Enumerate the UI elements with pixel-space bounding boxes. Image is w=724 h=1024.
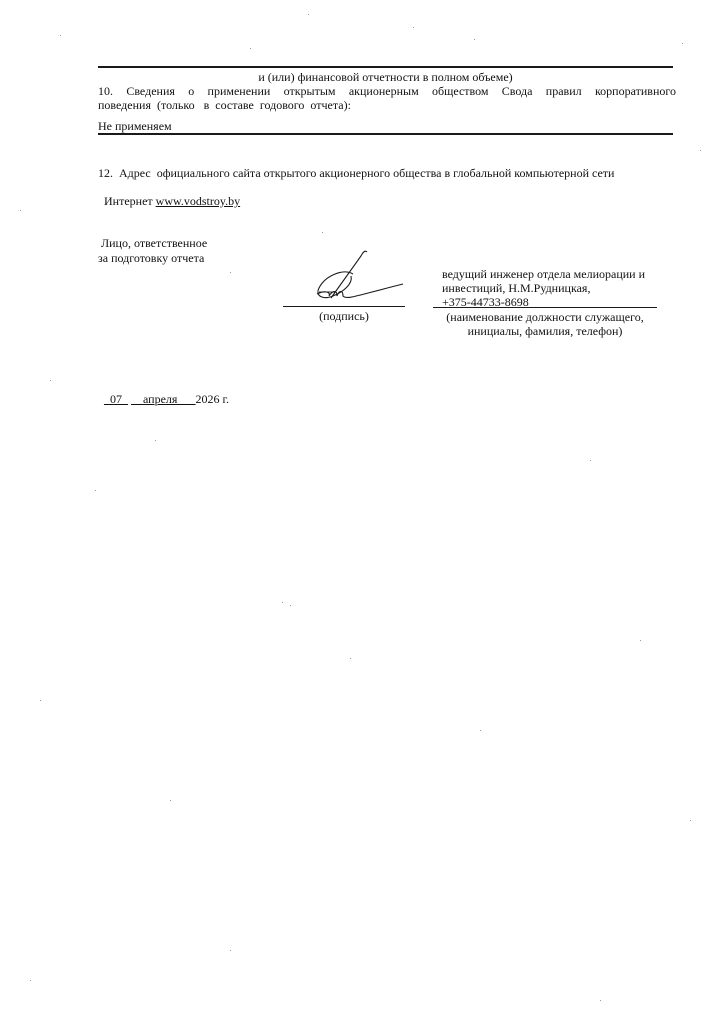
date-gap: [131, 392, 143, 406]
scan-speck: [690, 820, 691, 821]
scan-speck: [282, 602, 283, 603]
scan-speck: [30, 980, 31, 981]
position-line1: ведущий инженер отдела мелиорации и: [442, 267, 645, 281]
signature-scribble: [295, 248, 415, 304]
item10-line2: поведения (только в составе годового отч…: [98, 98, 351, 112]
item10-answer: Не применяем: [98, 119, 172, 133]
item10-line1: 10. Сведения о применении открытым акцио…: [98, 84, 676, 98]
item12-prefix: Интернет: [104, 194, 156, 208]
position-rule: [433, 307, 657, 308]
scan-speck: [480, 730, 481, 731]
scan-speck: [350, 658, 351, 659]
scan-speck: [155, 440, 156, 441]
signature-caption: (подпись): [283, 309, 405, 323]
scan-speck: [50, 380, 51, 381]
position-caption-line1: (наименование должности служащего,: [433, 310, 657, 324]
responsible-label-line1: Лицо, ответственное: [101, 236, 207, 250]
scan-speck: [40, 700, 41, 701]
date-day: _07_: [104, 392, 128, 406]
scan-speck: [95, 490, 96, 491]
scan-speck: [322, 232, 323, 233]
scan-speck: [250, 48, 251, 49]
scan-speck: [640, 640, 641, 641]
top-rule: [98, 66, 673, 68]
website-link[interactable]: www.vodstroy.by: [156, 194, 240, 208]
scan-speck: [413, 27, 414, 28]
responsible-label-line2: за подготовку отчета: [98, 251, 204, 265]
signature-rule: [283, 306, 405, 307]
report-date: _07_ апреля___2026 г.: [98, 378, 229, 406]
scan-speck: [230, 950, 231, 951]
date-month: апреля___: [143, 392, 195, 406]
item10-answer-rule: [98, 133, 673, 135]
position-caption-line2: инициалы, фамилия, телефон): [433, 324, 657, 338]
position-line2: инвестиций, Н.М.Рудницкая,: [442, 281, 590, 295]
scan-speck: [600, 1000, 601, 1001]
item12-line1: 12. Адрес официального сайта открытого а…: [98, 166, 614, 180]
scan-speck: [700, 150, 701, 151]
scan-speck: [682, 43, 683, 44]
date-year: 2026 г.: [195, 392, 229, 406]
item12-line2: Интернет www.vodstroy.by: [98, 180, 240, 208]
scan-speck: [290, 605, 291, 606]
scan-speck: [590, 460, 591, 461]
scan-speck: [308, 14, 309, 15]
section-header-tail: и (или) финансовой отчетности в полном о…: [98, 70, 673, 84]
scan-speck: [474, 39, 475, 40]
scan-speck: [230, 272, 231, 273]
scan-speck: [60, 35, 61, 36]
scan-speck: [170, 800, 171, 801]
scan-speck: [20, 210, 21, 211]
